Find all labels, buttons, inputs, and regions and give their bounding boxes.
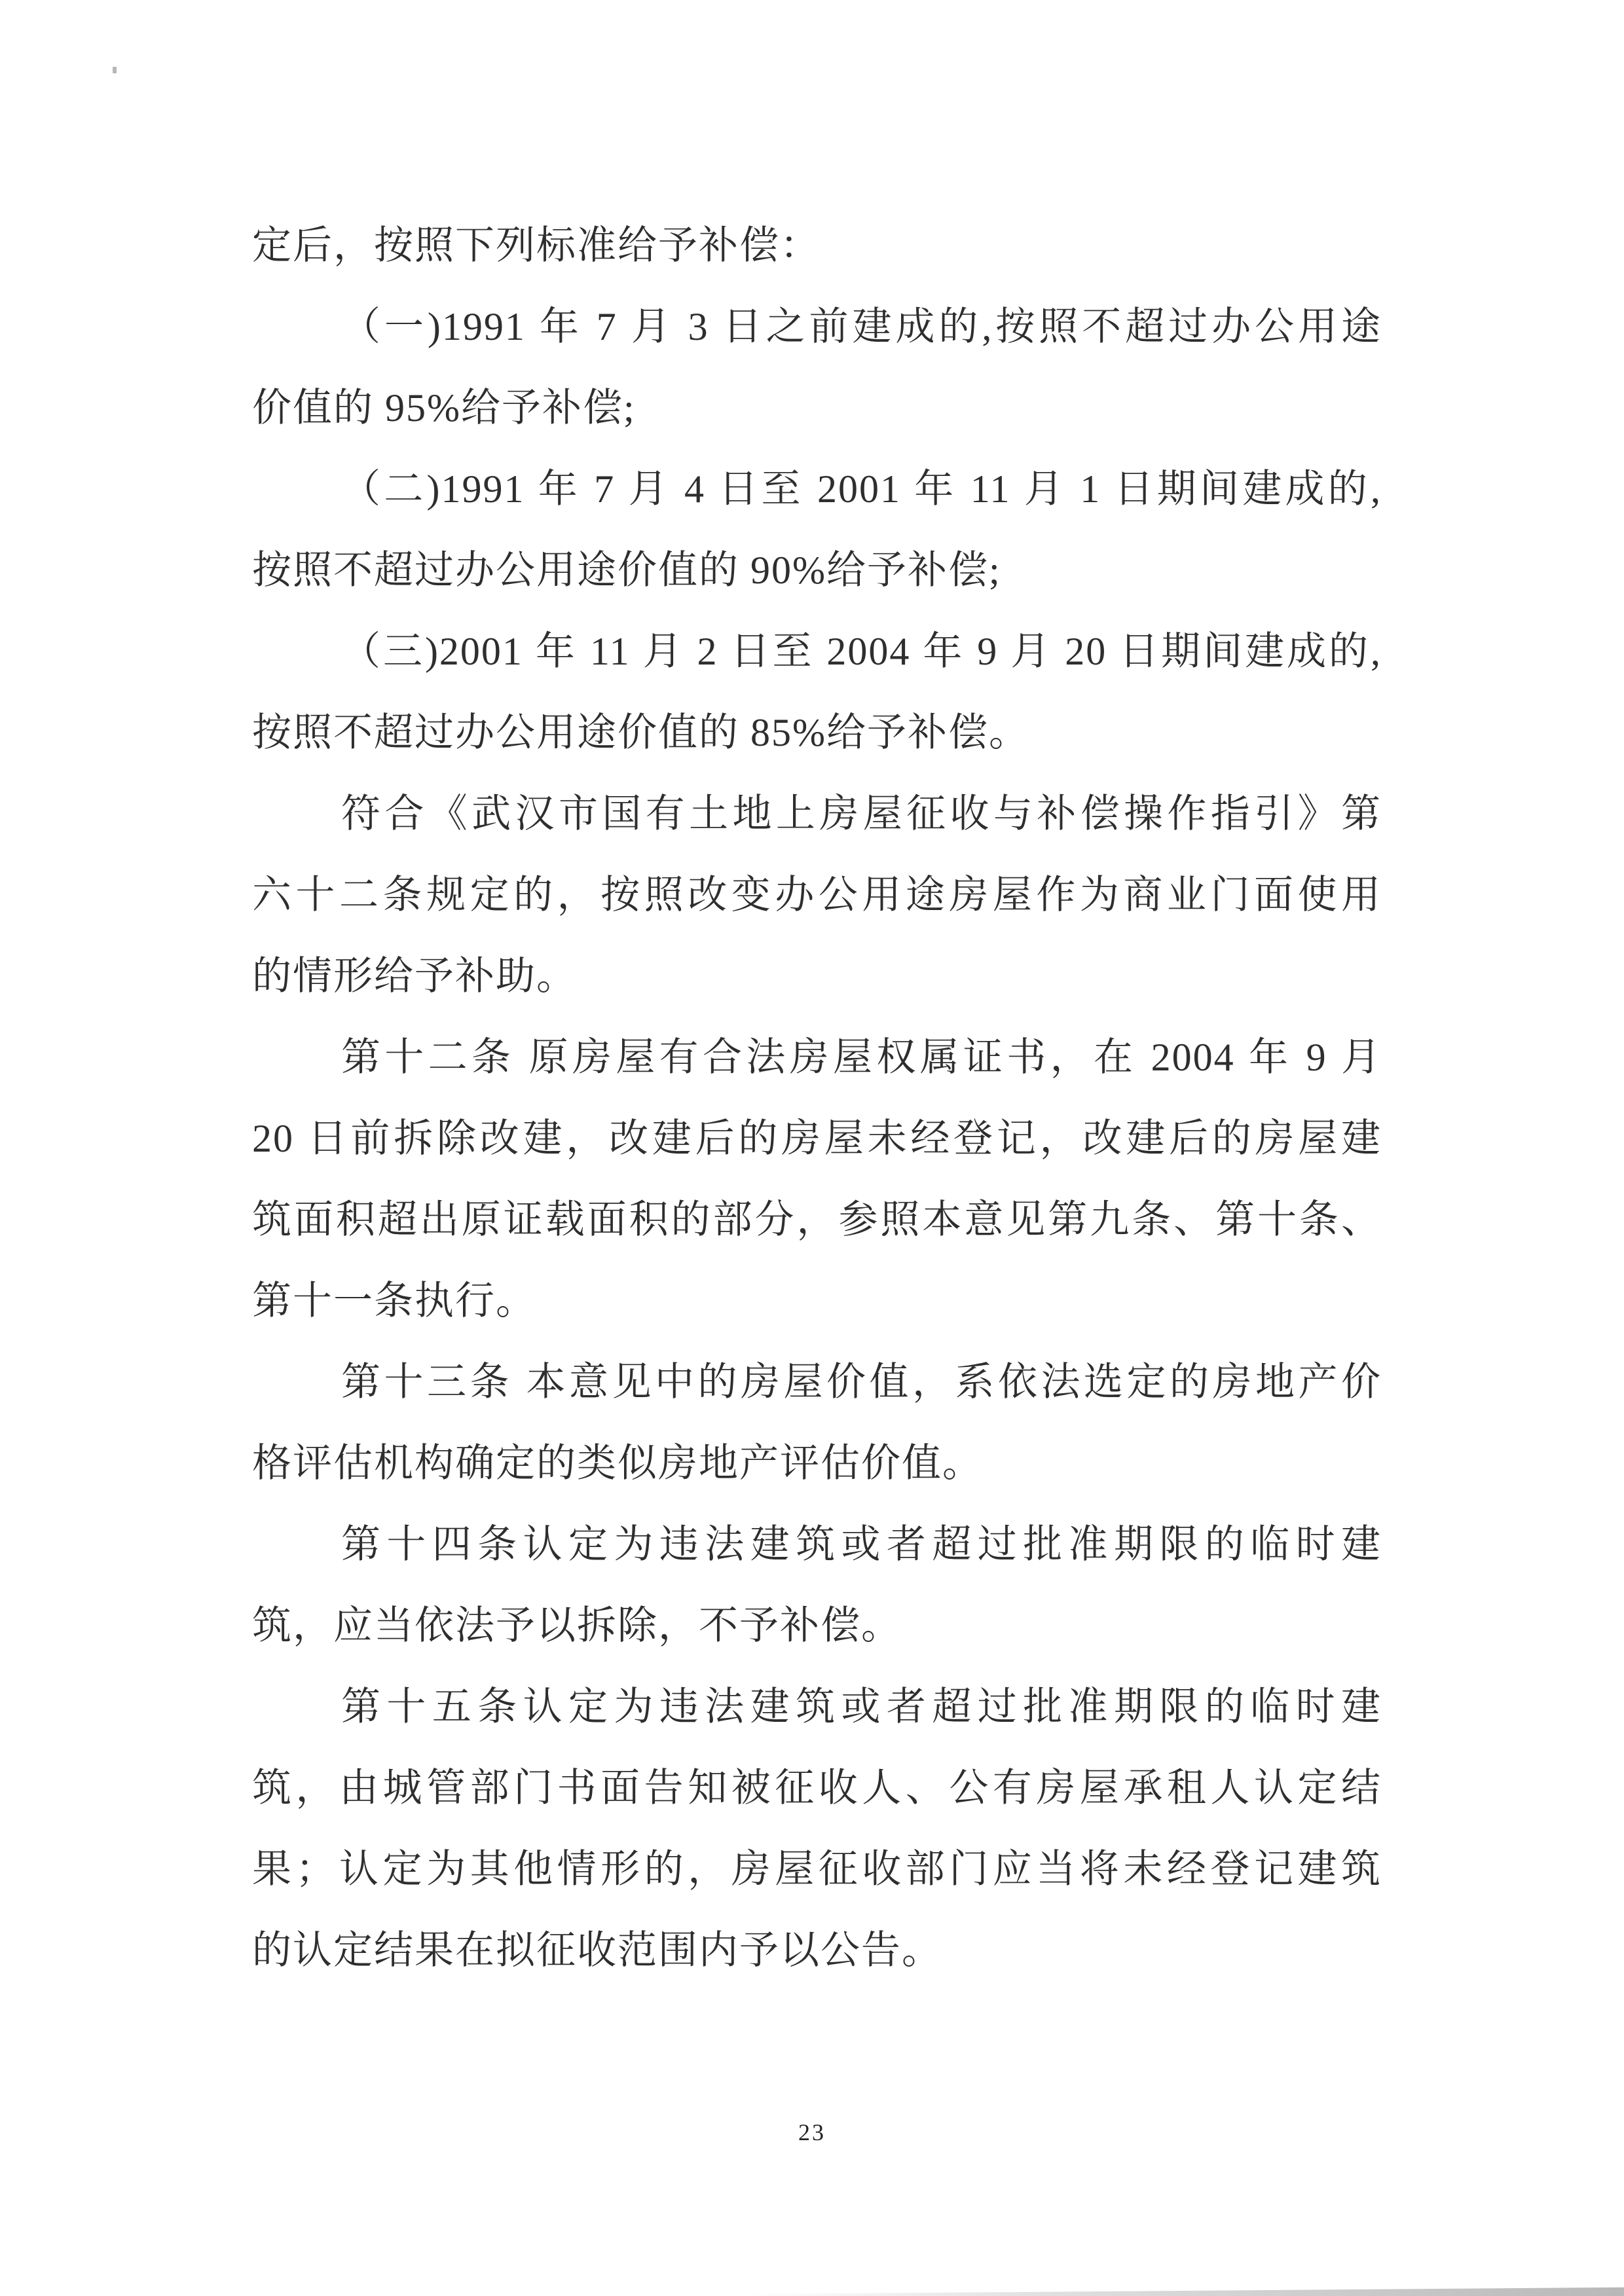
text-line: 20 日前拆除改建，改建后的房屋未经登记，改建后的房屋建 bbox=[252, 1098, 1382, 1179]
text-line: 筑面积超出原证载面积的部分，参照本意见第九条、第十条、 bbox=[252, 1179, 1382, 1260]
text-line: 筑，应当依法予以拆除，不予补偿。 bbox=[252, 1585, 1382, 1666]
text-line: （一)1991 年 7 月 3 日之前建成的,按照不超过办公用途 bbox=[252, 286, 1382, 367]
text-line: 第十二条 原房屋有合法房屋权属证书，在 2004 年 9 月 bbox=[252, 1017, 1382, 1098]
document-body: 定后，按照下列标准给予补偿：（一)1991 年 7 月 3 日之前建成的,按照不… bbox=[252, 205, 1382, 1991]
text-line: 果；认定为其他情形的，房屋征收部门应当将未经登记建筑 bbox=[252, 1829, 1382, 1910]
text-line: 筑，由城管部门书面告知被征收人、公有房屋承租人认定结 bbox=[252, 1747, 1382, 1829]
text-line: 格评估机构确定的类似房地产评估价值。 bbox=[252, 1423, 1382, 1504]
text-line: 价值的 95%给予补偿; bbox=[252, 367, 1382, 448]
text-line: 定后，按照下列标准给予补偿： bbox=[252, 205, 1382, 286]
text-line: 的情形给予补助。 bbox=[252, 936, 1382, 1017]
page-number: 23 bbox=[0, 2119, 1624, 2146]
text-line: 按照不超过办公用途价值的 85%给予补偿。 bbox=[252, 692, 1382, 773]
scan-artifact-dot bbox=[113, 67, 117, 73]
text-line: 第十五条认定为违法建筑或者超过批准期限的临时建 bbox=[252, 1666, 1382, 1747]
text-line: 的认定结果在拟征收范围内予以公告。 bbox=[252, 1910, 1382, 1991]
document-page: 定后，按照下列标准给予补偿：（一)1991 年 7 月 3 日之前建成的,按照不… bbox=[0, 0, 1624, 2296]
scan-shadow-edge bbox=[747, 2287, 1624, 2296]
text-line: 第十四条认定为违法建筑或者超过批准期限的临时建 bbox=[252, 1504, 1382, 1585]
text-line: （三)2001 年 11 月 2 日至 2004 年 9 月 20 日期间建成的… bbox=[252, 611, 1382, 692]
text-line: （二)1991 年 7 月 4 日至 2001 年 11 月 1 日期间建成的, bbox=[252, 448, 1382, 530]
text-line: 第十三条 本意见中的房屋价值，系依法选定的房地产价 bbox=[252, 1341, 1382, 1423]
text-line: 符合《武汉市国有土地上房屋征收与补偿操作指引》第 bbox=[252, 773, 1382, 854]
text-line: 六十二条规定的，按照改变办公用途房屋作为商业门面使用 bbox=[252, 854, 1382, 936]
text-line: 按照不超过办公用途价值的 90%给予补偿; bbox=[252, 530, 1382, 611]
text-line: 第十一条执行。 bbox=[252, 1260, 1382, 1341]
